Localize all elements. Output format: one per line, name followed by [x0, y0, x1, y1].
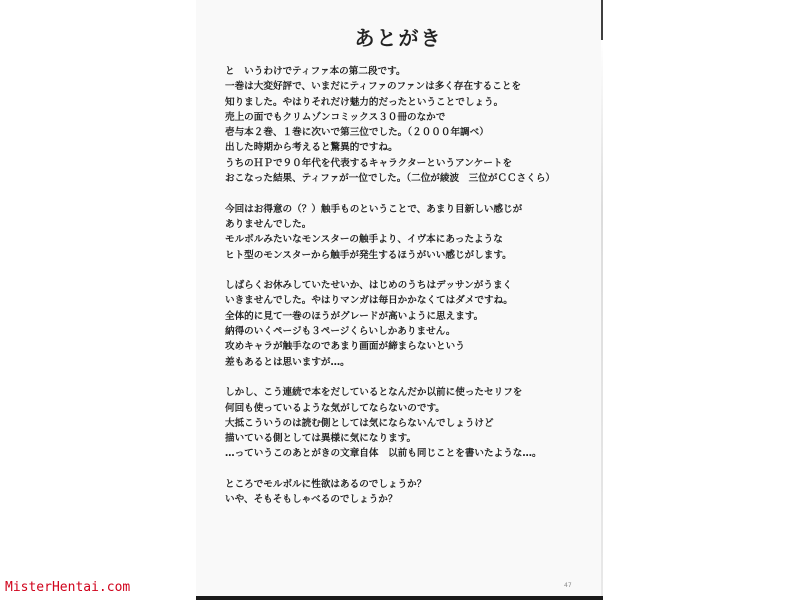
- text-line: 大抵こういうのは読む側としては気にならないんでしょうけど: [225, 416, 597, 431]
- text-line: 今回はお得意の（？）触手ものということで、あまり目新しい感じが: [225, 202, 597, 217]
- page-title: あとがき: [196, 22, 601, 51]
- text-line: いや、そもそもしゃべるのでしょうか？: [225, 492, 597, 507]
- text-line: 一巻は大変好評で、いまだにティファのファンは多く存在することを: [225, 79, 597, 94]
- page-bottom-edge: [196, 596, 603, 600]
- text-line: いきませんでした。やはりマンガは毎日かかなくてはダメですね。: [225, 293, 597, 308]
- paragraph-1: と いうわけでティファ本の第二段です。 一巻は大変好評で、いまだにティファのファ…: [225, 64, 597, 186]
- text-line: と いうわけでティファ本の第二段です。: [225, 64, 597, 79]
- text-line: ところでモルボルに性欲はあるのでしょうか？: [225, 477, 597, 492]
- watermark: MisterHentai.com: [5, 580, 130, 595]
- text-line: しかし、こう連続で本をだしているとなんだか以前に使ったセリフを: [225, 385, 597, 400]
- paragraph-gap: [225, 186, 597, 201]
- text-line: モルボルみたいなモンスターの触手より、イヴ本にあったような: [225, 232, 597, 247]
- paragraph-2: 今回はお得意の（？）触手ものということで、あまり目新しい感じが ありませんでした…: [225, 202, 597, 263]
- paragraph-5: ところでモルボルに性欲はあるのでしょうか？ いや、そもそもしゃべるのでしょうか？: [225, 477, 597, 508]
- paragraph-gap: [225, 370, 597, 385]
- paragraph-3: しばらくお休みしていたせいか、はじめのうちはデッサンがうまく いきませんでした。…: [225, 278, 597, 370]
- text-line: しばらくお休みしていたせいか、はじめのうちはデッサンがうまく: [225, 278, 597, 293]
- text-line: …っていうこのあとがきの文章自体 以前も同じことを書いたような…。: [225, 446, 597, 461]
- afterword-body: と いうわけでティファ本の第二段です。 一巻は大変好評で、いまだにティファのファ…: [225, 64, 597, 508]
- text-line: 知りました。やはりそれだけ魅力的だったということでしょう。: [225, 95, 597, 110]
- text-line: 壱与本２巻、１巻に次いで第三位でした。（２０００年調べ）: [225, 125, 597, 140]
- text-line: 売上の面でもクリムゾンコミックス３０冊のなかで: [225, 110, 597, 125]
- text-line: おこなった結果、ティファが一位でした。（二位が綾波 三位がＣＣさくら）: [225, 171, 597, 186]
- text-line: 全体的に見て一巻のほうがグレードが高いように思えます。: [225, 309, 597, 324]
- text-line: 出した時期から考えると驚異的ですね。: [225, 140, 597, 155]
- text-line: 何回も使っているような気がしてならないのです。: [225, 401, 597, 416]
- scanned-page: あとがき と いうわけでティファ本の第二段です。 一巻は大変好評で、いまだにティ…: [196, 0, 603, 597]
- text-line: 描いている側としては異様に気になります。: [225, 431, 597, 446]
- text-line: 攻めキャラが触手なのであまり画面が締まらないという: [225, 339, 597, 354]
- text-line: うちのＨＰで９０年代を代表するキャラクターというアンケートを: [225, 156, 597, 171]
- paragraph-4: しかし、こう連続で本をだしているとなんだか以前に使ったセリフを 何回も使っている…: [225, 385, 597, 461]
- paragraph-gap: [225, 462, 597, 477]
- text-line: 納得のいくページも３ページくらいしかありません。: [225, 324, 597, 339]
- text-line: ありませんでした。: [225, 217, 597, 232]
- text-line: ヒト型のモンスターから触手が発生するほうがいい感じがします。: [225, 248, 597, 263]
- text-line: 差もあるとは思いますが…。: [225, 355, 597, 370]
- page-edge-shadow: [601, 40, 603, 600]
- paragraph-gap: [225, 263, 597, 278]
- page-number: 47: [564, 582, 572, 589]
